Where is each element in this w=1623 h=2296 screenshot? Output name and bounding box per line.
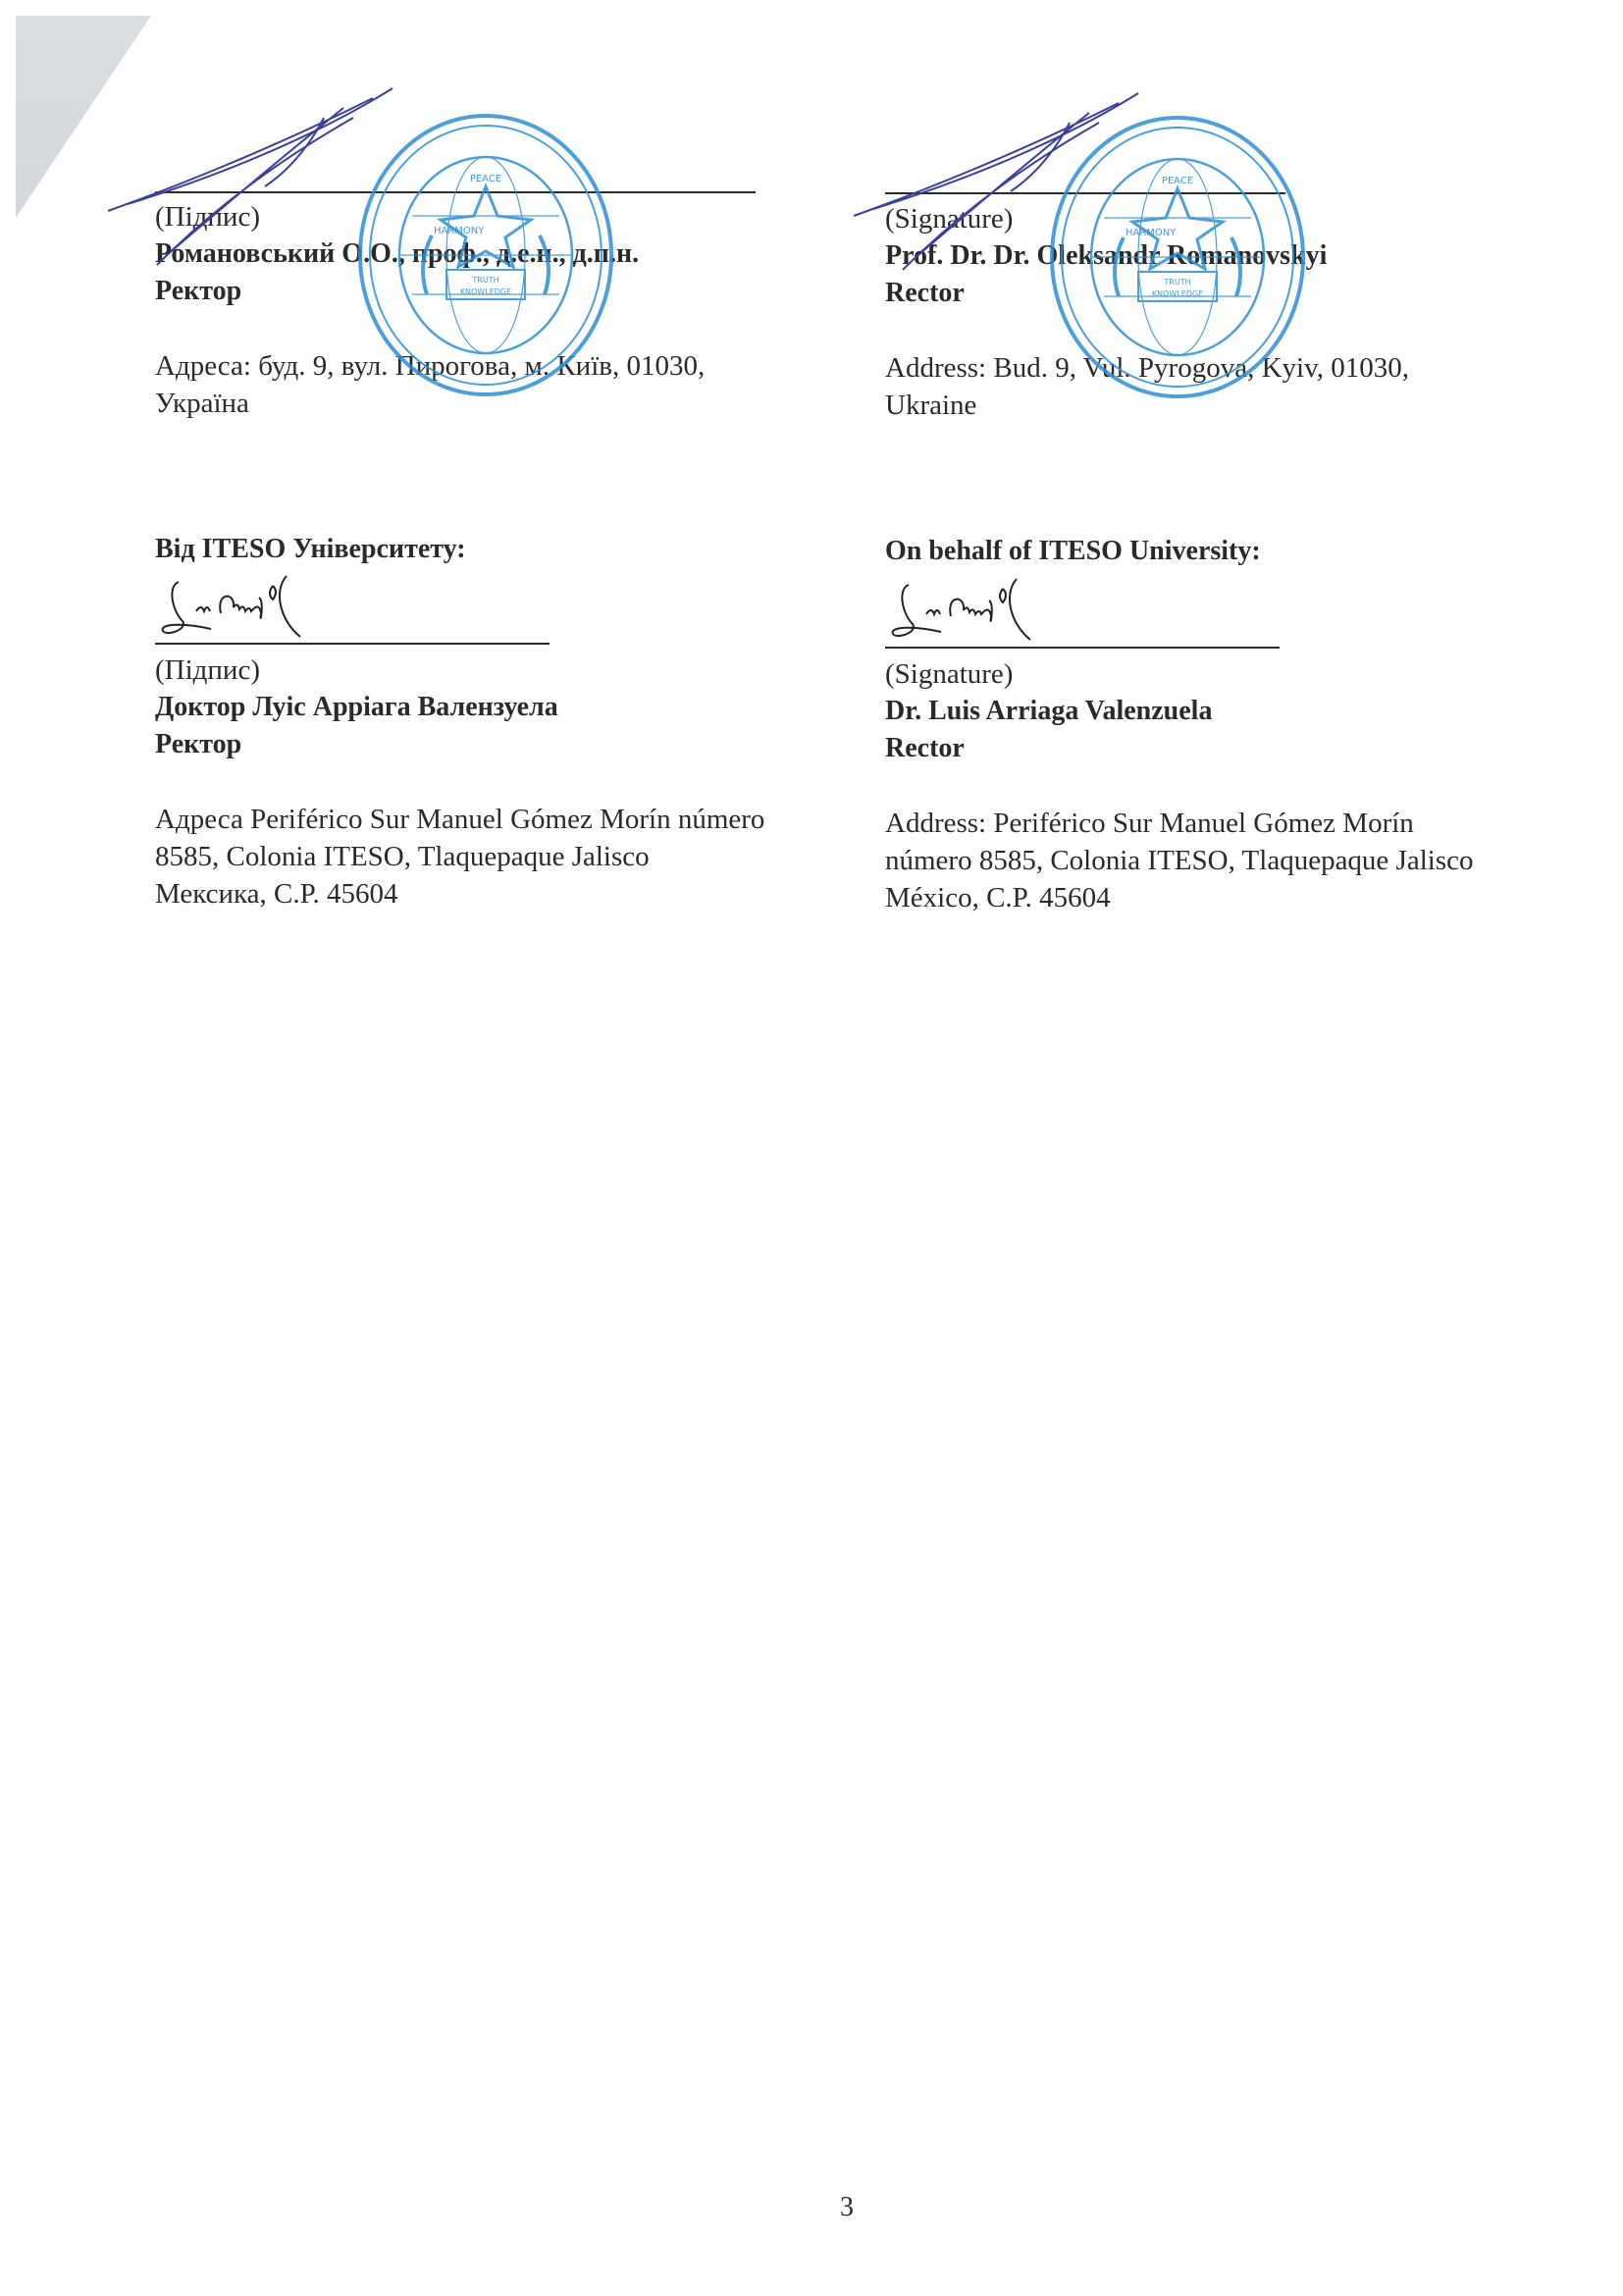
signature-line-arriaga-en bbox=[885, 647, 1280, 649]
signature-arriaga-en-icon bbox=[887, 575, 1083, 644]
signatory-block-arriaga-ua: Від ITESO Університету: bbox=[155, 531, 881, 568]
signatory-block-arriaga-en: On behalf of ITESO University: bbox=[885, 533, 1592, 570]
signatory-title: Rector bbox=[885, 730, 1592, 767]
svg-text:PEACE: PEACE bbox=[1162, 176, 1193, 186]
address-line: Мексика, C.P. 45604 bbox=[155, 875, 881, 913]
address-line: Ukraine bbox=[885, 387, 1592, 424]
section-heading: Від ITESO Університету: bbox=[155, 531, 881, 568]
address-line: Адреса: буд. 9, вул. Пирогова, м. Київ, … bbox=[155, 347, 881, 385]
page-number: 3 bbox=[840, 2192, 854, 2223]
signatory-name: Романовський О.О., проф., д.е.н., д.п.н. bbox=[155, 235, 881, 273]
address-line: Address: Bud. 9, Vul. Pyrogova, Kyiv, 01… bbox=[885, 349, 1592, 387]
svg-text:PEACE: PEACE bbox=[470, 174, 501, 184]
signature-line-romanovskyi-en bbox=[885, 192, 1285, 194]
signatory-title: Ректор bbox=[155, 726, 881, 763]
signatory-name: Доктор Луіс Арріага Валензуела bbox=[155, 689, 881, 726]
section-heading: On behalf of ITESO University: bbox=[885, 533, 1592, 570]
signature-arriaga-ua-icon bbox=[157, 572, 353, 641]
signature-label: (Підпис) bbox=[155, 652, 881, 689]
signature-label: (Signature) bbox=[885, 655, 1592, 693]
signatory-block-romanovskyi-ua: (Підпис) Романовський О.О., проф., д.е.н… bbox=[155, 198, 881, 422]
address-line: México, C.P. 45604 bbox=[885, 879, 1592, 916]
signatory-title: Rector bbox=[885, 275, 1592, 312]
signature-label: (Підпис) bbox=[155, 198, 881, 235]
address-line: 8585, Colonia ITESO, Tlaquepaque Jalisco bbox=[155, 838, 881, 875]
signature-line-arriaga-ua bbox=[155, 643, 550, 645]
signatory-block-romanovskyi-en: (Signature) Prof. Dr. Dr. Oleksandr Roma… bbox=[885, 200, 1592, 424]
address-line: Адреса Periférico Sur Manuel Gómez Morín… bbox=[155, 801, 881, 838]
signatory-details-arriaga-en: (Signature) Dr. Luis Arriaga Valenzuela … bbox=[885, 655, 1592, 916]
signatory-name: Prof. Dr. Dr. Oleksandr Romanovskyi bbox=[885, 237, 1592, 275]
signatory-details-arriaga-ua: (Підпис) Доктор Луіс Арріага Валензуела … bbox=[155, 652, 881, 913]
address-line: número 8585, Colonia ITESO, Tlaquepaque … bbox=[885, 842, 1592, 879]
address-line: Україна bbox=[155, 385, 881, 422]
signatory-name: Dr. Luis Arriaga Valenzuela bbox=[885, 693, 1592, 730]
scan-corner-fold bbox=[16, 16, 151, 218]
signature-line-romanovskyi-ua bbox=[155, 191, 756, 193]
signature-label: (Signature) bbox=[885, 200, 1592, 237]
signatory-title: Ректор bbox=[155, 273, 881, 310]
address-line: Address: Periférico Sur Manuel Gómez Mor… bbox=[885, 805, 1592, 842]
